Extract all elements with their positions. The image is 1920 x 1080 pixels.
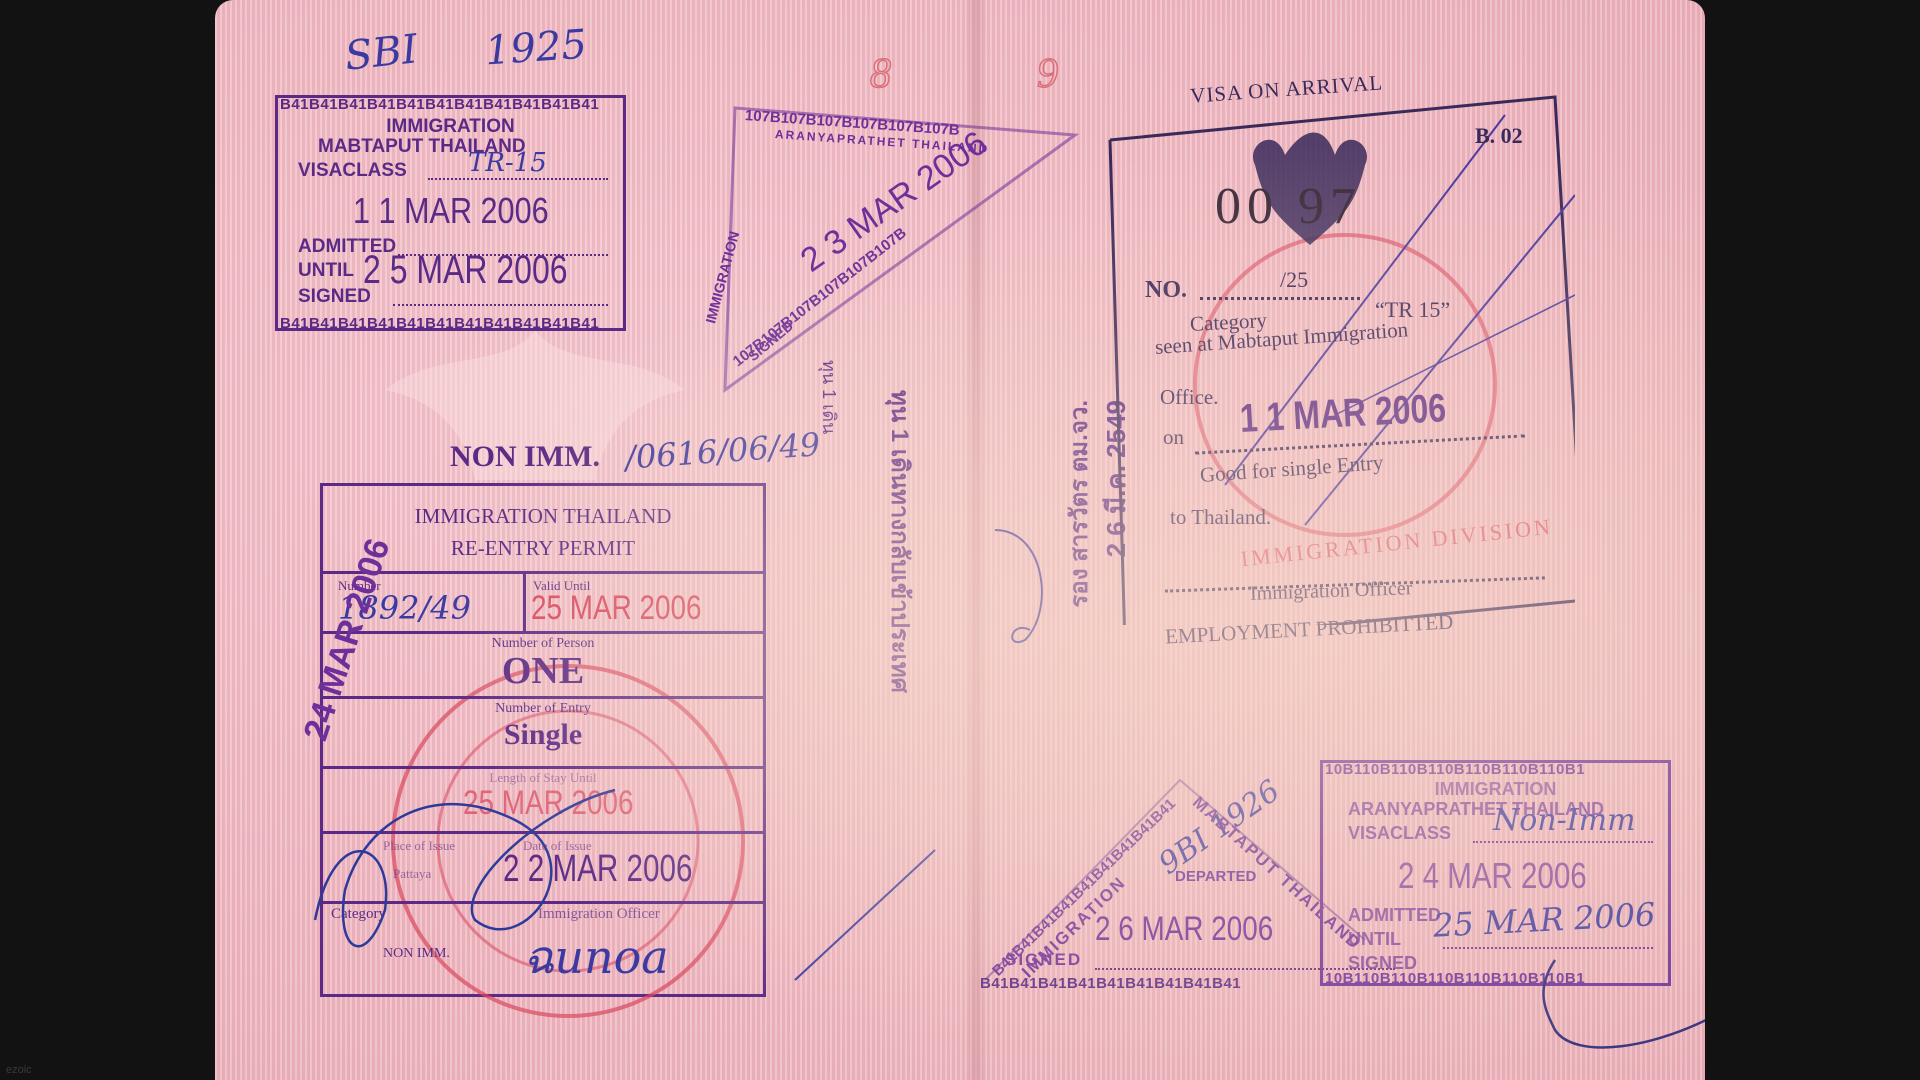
visaclass-handwritten: TR-15 [468,148,547,178]
until-handwritten: 25 MAR 2006 [1432,895,1656,945]
page-number-left: 8 [870,50,891,98]
page-number-right: 9 [1037,50,1058,98]
non-imm-heading: NON IMM. [450,440,600,474]
entry-date: 1 1 MAR 2006 [353,190,549,232]
garuda-watermark-icon [325,310,745,510]
aranyaprathet-date: 2 4 MAR 2006 [1398,855,1587,897]
departed-label: DEPARTED [1175,868,1256,885]
visaclass-signature: Non-Imm [1493,803,1636,838]
thai-stamp-line-2: ทุน 1 เดินทางกลับเข้าประเทศ [880,390,919,693]
mabtaput-entry-stamp: B41B41B41B41B41B41B41B41B41B41B41 B41B41… [275,95,626,331]
handwritten-note-left: SBI [343,26,420,79]
passport-spread: 8 9 SBI 1925 B41B41B41B41B41B41B41B41B41… [215,0,1705,1080]
voa-serial: 00 97 [1215,177,1362,236]
until-date: 2 5 MAR 2006 [363,248,568,293]
spine-signature-icon [975,520,1075,660]
bottom-signature-icon [1435,950,1705,1080]
visa-on-arrival-stamp: VISA ON ARRIVAL B. 02 00 97 NO. /25 Cate… [1105,85,1575,625]
handwritten-note-right: 1925 [484,22,589,75]
triangle-exit-stamp: 107B107B107B107B107B107B ARANYAPRATHET T… [705,105,1095,395]
thai-stamp-line-1: ทุน 1 เดิน [815,360,844,434]
departed-date: 2 6 MAR 2006 [1095,910,1273,949]
ezoic-watermark: ezoic [6,1064,32,1076]
voa-form-code: B. 02 [1475,123,1523,149]
